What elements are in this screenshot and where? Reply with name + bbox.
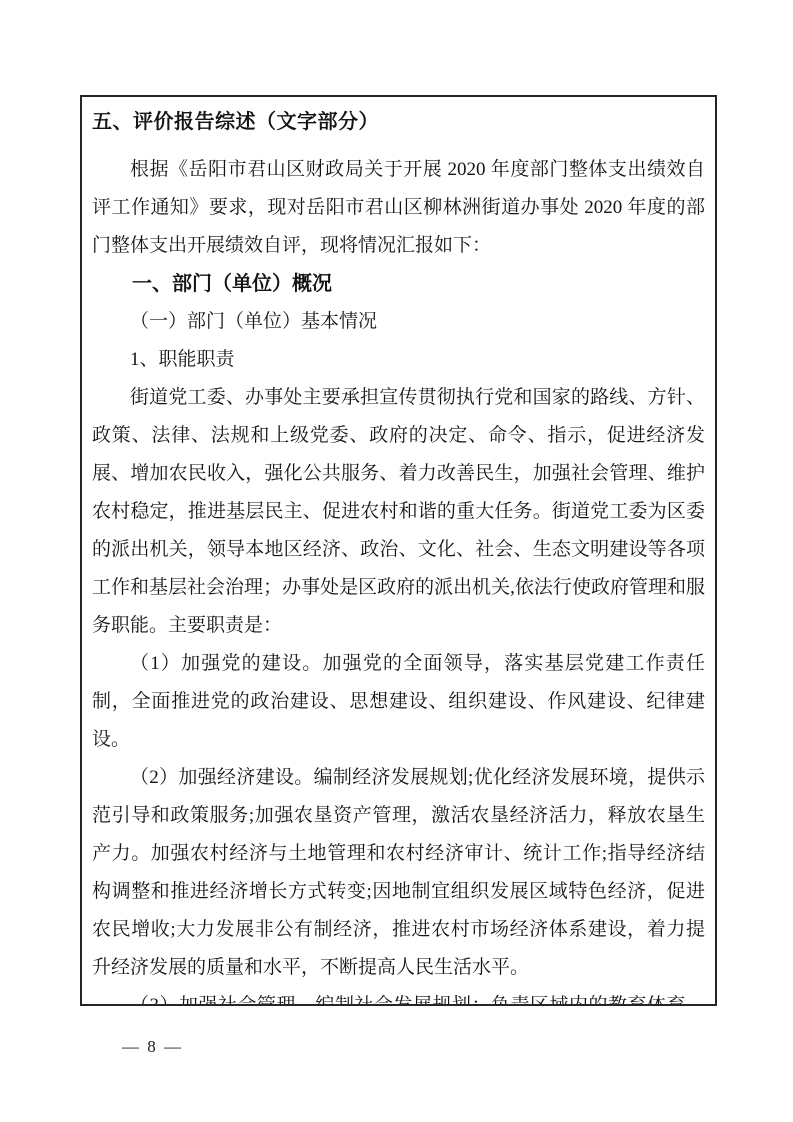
duty-1-party-building-paragraph: （1）加强党的建设。加强党的全面领导，落实基层党建工作责任制，全面推进党的政治建… xyxy=(92,645,705,759)
heading-basic-situation: （一）部门（单位）基本情况 xyxy=(92,303,705,341)
heading-functions-duties: 1、职能职责 xyxy=(92,341,705,379)
heading-department-overview: 一、部门（单位）概况 xyxy=(92,265,705,303)
duties-overview-paragraph: 街道党工委、办事处主要承担宣传贯彻执行党和国家的路线、方针、政策、法律、法规和上… xyxy=(92,379,705,645)
section-title: 五、评价报告综述（文字部分） xyxy=(92,105,705,139)
page-number: — 8 — xyxy=(122,1037,183,1057)
intro-paragraph: 根据《岳阳市君山区财政局关于开展 2020 年度部门整体支出绩效自评工作通知》要… xyxy=(92,151,705,265)
duty-2-economic-development-paragraph: （2）加强经济建设。编制经济发展规划;优化经济发展环境，提供示范引导和政策服务;… xyxy=(92,759,705,987)
report-border-box: 五、评价报告综述（文字部分） 根据《岳阳市君山区财政局关于开展 2020 年度部… xyxy=(80,95,717,1006)
document-page: 五、评价报告综述（文字部分） 根据《岳阳市君山区财政局关于开展 2020 年度部… xyxy=(0,0,793,1122)
duty-3-social-management-paragraph: （3）加强社会管理。编制社会发展规划；负责区域内的教育体育、科技、文化、卫生健康… xyxy=(92,987,705,1006)
